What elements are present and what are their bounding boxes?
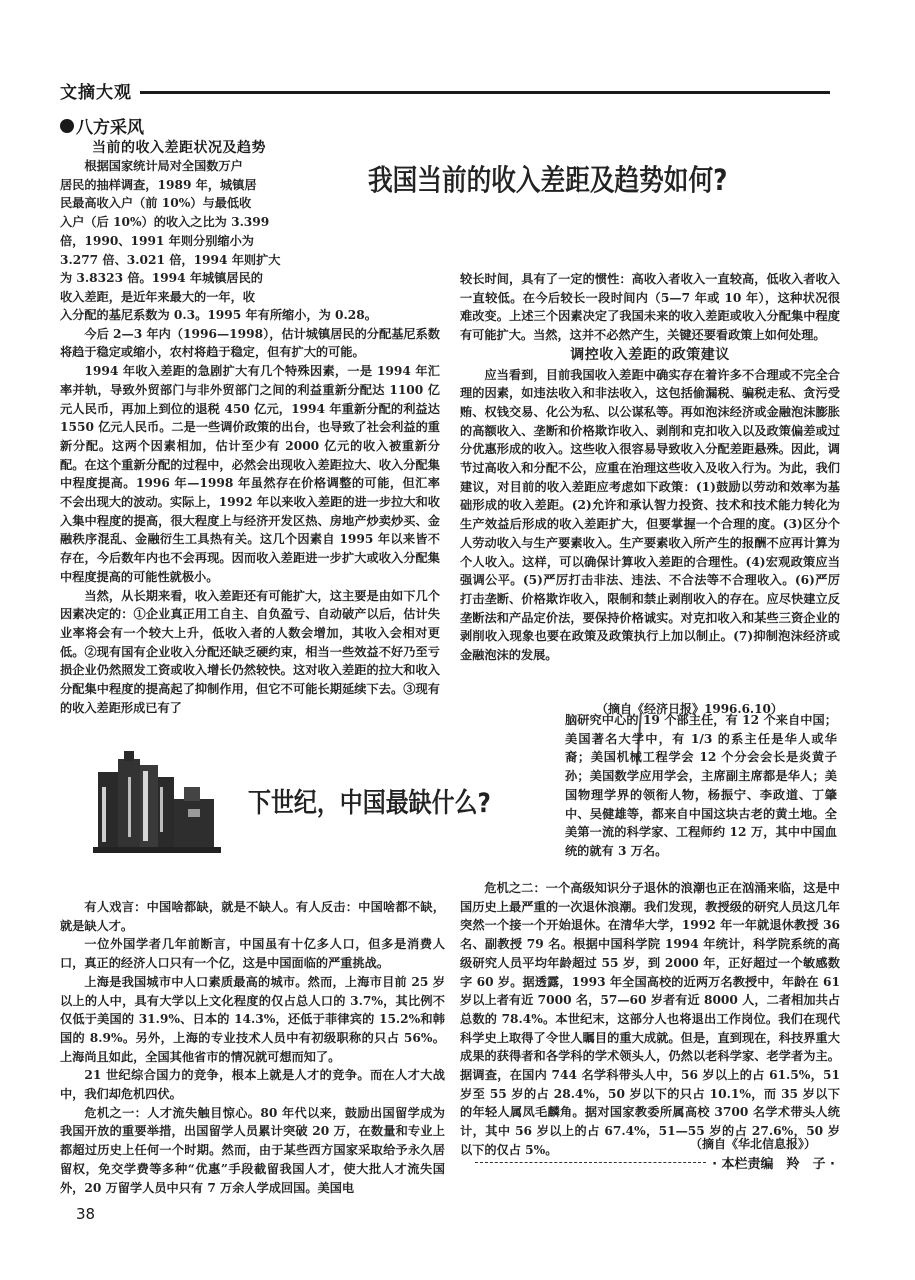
article2-right-top: 脑研究中心的 19 个部主任，有 12 个来自中国；美国著名大学中，有 1/3 …: [565, 711, 837, 861]
editor-credit-line: · 本栏责编 羚 子 ·: [475, 1153, 835, 1172]
paragraph: 较长时间，具有了一定的惯性：高收入者收入一直较高，低收入者收入一直较低。在今后较…: [460, 270, 840, 345]
paragraph: 有人戏言：中国啥都缺，就是不缺人。有人反击：中国啥都不缺，就是缺人才。: [60, 898, 445, 935]
article2-source: （摘自《华北信息报》）: [690, 1135, 816, 1152]
article1-subhead-current: 当前的收入差距状况及趋势: [92, 137, 266, 157]
section-divider: [140, 91, 830, 94]
paragraph: 当然，从长期来看，收入差距还有可能扩大，这主要是由如下几个因素决定的：①企业真正…: [60, 587, 440, 718]
intro-line: 民最高收入户（前 10%）与最低收: [60, 194, 300, 213]
intro-line: 居民的抽样调查，1989 年，城镇居: [60, 176, 300, 195]
bullet-dot-icon: [60, 119, 74, 133]
editor-credit: · 本栏责编 羚 子 ·: [712, 1153, 835, 1172]
paragraph: 今后 2—3 年内（1996—1998），估计城镇居民的分配基尼系数将趋于稳定或…: [60, 325, 440, 362]
intro-line: 收入差距，是近年来最大的一年，收: [60, 288, 300, 307]
paragraph: 脑研究中心的 19 个部主任，有 12 个来自中国；美国著名大学中，有 1/3 …: [565, 711, 837, 861]
section-header: 文摘大观: [60, 78, 830, 102]
paragraph: 一位外国学者几年前断言，中国虽有十亿多人口，但多是消费人口，真正的经济人口只有一…: [60, 935, 445, 972]
article1-subhead-policy: 调控收入差距的政策建议: [460, 346, 840, 365]
column-title-text: 八方采风: [76, 113, 144, 138]
intro-line: 为 3.8323 倍。1994 年城镇居民的: [60, 269, 300, 288]
intro-line: 3.277 倍、3.021 倍，1994 年则扩大: [60, 251, 300, 270]
intro-line: 倍，1990、1991 年则分别缩小为: [60, 232, 300, 251]
intro-line: 根据国家统计局对全国数万户: [60, 157, 300, 176]
paragraph: 上海是我国城市中人口素质最高的城市。然而，上海市目前 25 岁以上的人中，具有大…: [60, 973, 445, 1067]
page-number: 38: [76, 1205, 95, 1223]
paragraph: 应当看到，目前我国收入差距中确实存在着许多不合理或不完全合理的因素，如违法收入和…: [460, 366, 840, 665]
article1-intro: 根据国家统计局对全国数万户 居民的抽样调查，1989 年，城镇居 民最高收入户（…: [60, 157, 300, 307]
intro-line: 入户（后 10%）的收入之比为 3.399: [60, 213, 300, 232]
article1-right-column: 较长时间，具有了一定的惯性：高收入者收入一直较高，低收入者收入一直较低。在今后较…: [460, 270, 840, 665]
article2-right-bottom: 危机之二：一个高级知识分子退休的浪潮也正在汹涌来临，这是中国历史上最严重的一次退…: [460, 879, 840, 1160]
article1-headline: 我国当前的收入差距及趋势如何?: [368, 158, 727, 199]
article1-left-column: 入分配的基尼系数为 0.3。1995 年有所缩小，为 0.28。 今后 2—3 …: [60, 306, 440, 717]
city-buildings-illustration: [88, 747, 226, 857]
article2-left-column: 有人戏言：中国啥都缺，就是不缺人。有人反击：中国啥都不缺，就是缺人才。 一位外国…: [60, 898, 445, 1197]
article2-headline: 下世纪，中国最缺什么?: [248, 781, 491, 820]
paragraph: 危机之一：人才流失触目惊心。80 年代以来，鼓励出国留学成为我国开放的重要举措，…: [60, 1104, 445, 1198]
paragraph: 危机之二：一个高级知识分子退休的浪潮也正在汹涌来临，这是中国历史上最严重的一次退…: [460, 879, 840, 1160]
column-title: 八方采风: [60, 113, 144, 138]
paragraph: 21 世纪综合国力的竞争，根本上就是人才的竞争。而在人才大战中，我们却危机四伏。: [60, 1066, 445, 1103]
section-label: 文摘大观: [60, 78, 132, 103]
paragraph: 入分配的基尼系数为 0.3。1995 年有所缩小，为 0.28。: [60, 306, 440, 325]
editor-divider: [475, 1162, 706, 1164]
paragraph: 1994 年收入差距的急剧扩大有几个特殊因素，一是 1994 年汇率并轨，导致外…: [60, 362, 440, 586]
